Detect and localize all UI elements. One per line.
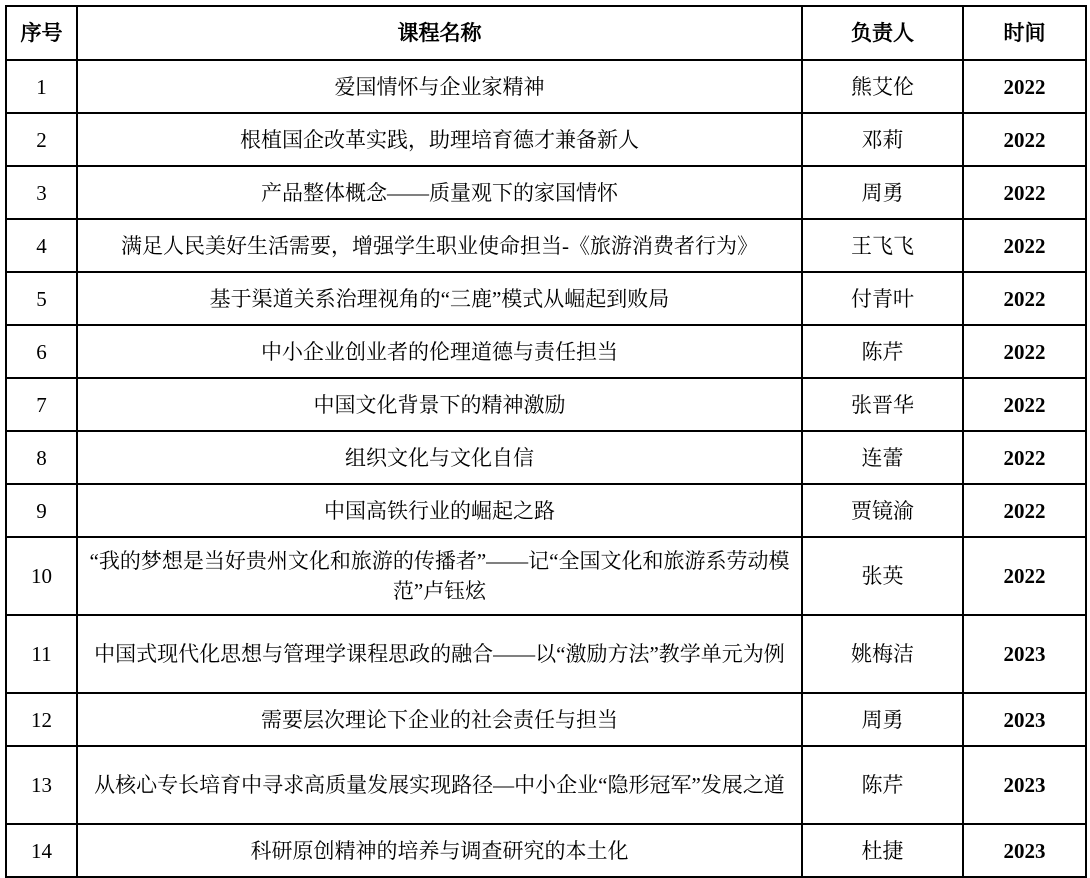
- table-row: 8 组织文化与文化自信 连蕾 2022: [6, 431, 1086, 484]
- course-table: 序号 课程名称 负责人 时间 1 爱国情怀与企业家精神 熊艾伦 2022 2 根…: [5, 5, 1087, 878]
- table-row: 2 根植国企改革实践，助理培育德才兼备新人 邓莉 2022: [6, 113, 1086, 166]
- year-cell: 2022: [963, 484, 1086, 537]
- row-number-cell: 13: [6, 746, 77, 824]
- row-number-cell: 7: [6, 378, 77, 431]
- leader-cell: 邓莉: [802, 113, 963, 166]
- course-name-cell: 爱国情怀与企业家精神: [77, 60, 802, 113]
- table-row: 12 需要层次理论下企业的社会责任与担当 周勇 2023: [6, 693, 1086, 746]
- year-cell: 2022: [963, 325, 1086, 378]
- row-number-cell: 9: [6, 484, 77, 537]
- year-cell: 2022: [963, 431, 1086, 484]
- year-cell: 2023: [963, 615, 1086, 693]
- year-cell: 2023: [963, 746, 1086, 824]
- course-name-cell: 从核心专长培育中寻求高质量发展实现路径—中小企业“隐形冠军”发展之道: [77, 746, 802, 824]
- course-name-cell: 组织文化与文化自信: [77, 431, 802, 484]
- table-row: 13 从核心专长培育中寻求高质量发展实现路径—中小企业“隐形冠军”发展之道 陈芹…: [6, 746, 1086, 824]
- table-row: 9 中国高铁行业的崛起之路 贾镜渝 2022: [6, 484, 1086, 537]
- row-number-cell: 11: [6, 615, 77, 693]
- leader-cell: 付青叶: [802, 272, 963, 325]
- year-cell: 2022: [963, 537, 1086, 615]
- header-row: 序号 课程名称 负责人 时间: [6, 6, 1086, 60]
- leader-cell: 陈芹: [802, 746, 963, 824]
- course-name-cell: 满足人民美好生活需要，增强学生职业使命担当-《旅游消费者行为》: [77, 219, 802, 272]
- leader-cell: 贾镜渝: [802, 484, 963, 537]
- row-number-cell: 1: [6, 60, 77, 113]
- row-number-cell: 5: [6, 272, 77, 325]
- leader-cell: 周勇: [802, 166, 963, 219]
- course-name-cell: 根植国企改革实践，助理培育德才兼备新人: [77, 113, 802, 166]
- course-name-cell: 中国文化背景下的精神激励: [77, 378, 802, 431]
- year-cell: 2023: [963, 824, 1086, 877]
- row-number-cell: 3: [6, 166, 77, 219]
- table-row: 7 中国文化背景下的精神激励 张晋华 2022: [6, 378, 1086, 431]
- course-name-cell: 中国式现代化思想与管理学课程思政的融合——以“激励方法”教学单元为例: [77, 615, 802, 693]
- course-name-cell: 中国高铁行业的崛起之路: [77, 484, 802, 537]
- row-number-cell: 14: [6, 824, 77, 877]
- table-row: 6 中小企业创业者的伦理道德与责任担当 陈芹 2022: [6, 325, 1086, 378]
- leader-cell: 杜捷: [802, 824, 963, 877]
- table-row: 10 “我的梦想是当好贵州文化和旅游的传播者”——记“全国文化和旅游系劳动模范”…: [6, 537, 1086, 615]
- leader-cell: 连蕾: [802, 431, 963, 484]
- row-number-cell: 10: [6, 537, 77, 615]
- table-row: 1 爱国情怀与企业家精神 熊艾伦 2022: [6, 60, 1086, 113]
- leader-cell: 周勇: [802, 693, 963, 746]
- header-no: 序号: [6, 6, 77, 60]
- course-name-cell: 需要层次理论下企业的社会责任与担当: [77, 693, 802, 746]
- row-number-cell: 4: [6, 219, 77, 272]
- leader-cell: 张英: [802, 537, 963, 615]
- leader-cell: 陈芹: [802, 325, 963, 378]
- row-number-cell: 8: [6, 431, 77, 484]
- row-number-cell: 2: [6, 113, 77, 166]
- course-name-cell: 基于渠道关系治理视角的“三鹿”模式从崛起到败局: [77, 272, 802, 325]
- course-name-cell: 产品整体概念——质量观下的家国情怀: [77, 166, 802, 219]
- leader-cell: 张晋华: [802, 378, 963, 431]
- table-row: 14 科研原创精神的培养与调查研究的本土化 杜捷 2023: [6, 824, 1086, 877]
- header-leader: 负责人: [802, 6, 963, 60]
- row-number-cell: 12: [6, 693, 77, 746]
- leader-cell: 熊艾伦: [802, 60, 963, 113]
- year-cell: 2022: [963, 113, 1086, 166]
- year-cell: 2022: [963, 60, 1086, 113]
- table-row: 11 中国式现代化思想与管理学课程思政的融合——以“激励方法”教学单元为例 姚梅…: [6, 615, 1086, 693]
- row-number-cell: 6: [6, 325, 77, 378]
- course-name-cell: 科研原创精神的培养与调查研究的本土化: [77, 824, 802, 877]
- header-course-name: 课程名称: [77, 6, 802, 60]
- year-cell: 2022: [963, 219, 1086, 272]
- table-row: 4 满足人民美好生活需要，增强学生职业使命担当-《旅游消费者行为》 王飞飞 20…: [6, 219, 1086, 272]
- course-name-cell: “我的梦想是当好贵州文化和旅游的传播者”——记“全国文化和旅游系劳动模范”卢钰炫: [77, 537, 802, 615]
- table-row: 5 基于渠道关系治理视角的“三鹿”模式从崛起到败局 付青叶 2022: [6, 272, 1086, 325]
- header-time: 时间: [963, 6, 1086, 60]
- year-cell: 2022: [963, 378, 1086, 431]
- table-row: 3 产品整体概念——质量观下的家国情怀 周勇 2022: [6, 166, 1086, 219]
- leader-cell: 王飞飞: [802, 219, 963, 272]
- course-name-cell: 中小企业创业者的伦理道德与责任担当: [77, 325, 802, 378]
- year-cell: 2023: [963, 693, 1086, 746]
- leader-cell: 姚梅洁: [802, 615, 963, 693]
- year-cell: 2022: [963, 166, 1086, 219]
- document-page: 序号 课程名称 负责人 时间 1 爱国情怀与企业家精神 熊艾伦 2022 2 根…: [0, 0, 1090, 858]
- year-cell: 2022: [963, 272, 1086, 325]
